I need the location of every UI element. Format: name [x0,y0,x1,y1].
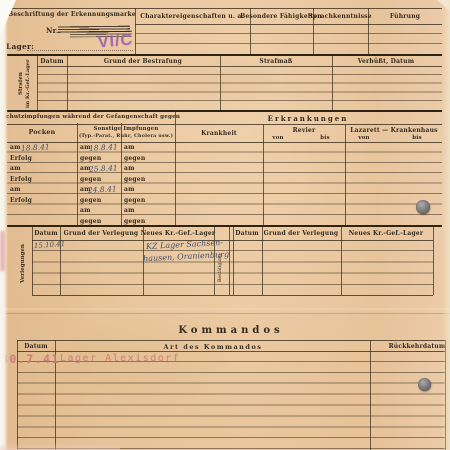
rule [17,340,445,341]
handwritten-date: 25.8.41 [89,163,118,173]
cell-label: Erfolg [10,197,32,204]
kommando-stamp-date: 30.7.41 [1,352,60,366]
cell-label: gegen [124,197,145,204]
cell-label: am [10,186,21,193]
strafen-side-label-1: Strafen [18,60,24,108]
verlegung-datum-header-2: Datum [235,230,259,237]
verlegung-datum-header: Datum [34,230,58,237]
strafen-datum-header: Datum [40,58,64,65]
transfer-rows [32,240,433,295]
cell-label: am [10,144,21,151]
cell-label: am [124,186,135,193]
lazarett-bis-label: bis [412,135,421,141]
impfungen-header: Schutzimpfungen während der Gefangenscha… [2,114,180,120]
cell-label: am [80,207,91,214]
kommando-rows [17,351,445,450]
rule [32,295,433,296]
kommandos-datum-header: Datum [24,343,48,350]
languages-col-header: Sprachkenntnisse [308,13,371,20]
kommandos-rueckkehr-header: Rückkehrdatum [389,343,446,350]
pocken-header: Pocken [29,129,56,136]
punch-hole [418,378,431,391]
rule [7,124,442,125]
fold-line [0,313,450,314]
empty-rows [135,24,442,53]
section-divider [7,225,442,227]
strafen-grund-header: Grund der Bestrafung [104,58,182,65]
lazarett-header: Lazarett — Krankenhaus [350,127,437,134]
nr-label: Nr. [46,26,58,35]
lazarett-von-label: von [358,135,369,141]
section-divider [7,110,442,112]
krankheit-header: Krankheit [201,130,237,137]
rule [7,8,442,9]
revier-header: Revier [293,127,316,134]
rule [445,340,446,450]
verlegung-neues-header-2: Neues Kr.-Gef.-Lager [349,230,424,237]
handwritten-date: 24.8.41 [88,184,117,194]
revier-bis-label: bis [320,135,329,141]
strafen-side-label-2: im Kr.-Gef.-Lager [25,58,31,110]
cell-label: gegen [80,176,101,183]
cell-label: am [124,207,135,214]
verlegung-grund-header: Grund der Verlegung [64,230,139,237]
cell-label: gegen [124,218,145,225]
kommandos-art-header: Art des Kommandos [164,343,263,351]
conduct-col-header: Führung [390,13,420,20]
cell-label: am [124,144,135,151]
revier-von-label: von [272,135,283,141]
section-divider [7,54,442,56]
punch-hole [416,200,430,214]
sonstige-subheader: (Typ.-Parat., Ruhr, Cholera usw.) [79,133,173,139]
erkennungsmarke-title: Beschriftung der Erkennungsmarke [8,11,136,18]
empty-rows [37,66,442,109]
cell-label: gegen [80,155,101,162]
sonstige-header: Sonstige Impfungen [94,126,159,132]
verlegungen-side-label: Verlegungen [20,233,26,295]
handwritten-date: 18.8.41 [89,142,118,152]
kommandos-title: Kommandos [178,325,283,336]
strafen-verbuesst-header: Verbüßt, Datum [358,58,415,65]
cell-label: gegen [80,218,101,225]
characteristics-col-header: Charaktereigenschaften u. a. [140,13,243,20]
verlegung-neues-header: Neues Kr.-Gef.-Lager [141,230,216,237]
cell-label: am [124,165,135,172]
rule [433,227,434,295]
handwritten-date: 18.8.41 [21,142,50,152]
cell-label: gegen [124,155,145,162]
vaccination-rows [7,142,442,224]
erkrankungen-header: Erkrankungen [268,114,349,123]
kommando-stamp-text: Lager Alexisdorf [60,353,180,364]
scanned-pow-record-card: Beschriftung der Erkennungsmarke Nr. Lag… [0,0,450,450]
cell-label: gegen [124,176,145,183]
cell-label: am [10,165,21,172]
lager-stamp: VI/C [97,32,134,53]
cell-label: gegen [80,197,101,204]
strafen-strafmass-header: Strafmaß [259,58,292,65]
verlegung-grund-header-2: Grund der Verlegung [264,230,339,237]
cell-label: Erfolg [10,176,32,183]
cell-label: Erfolg [10,155,32,162]
